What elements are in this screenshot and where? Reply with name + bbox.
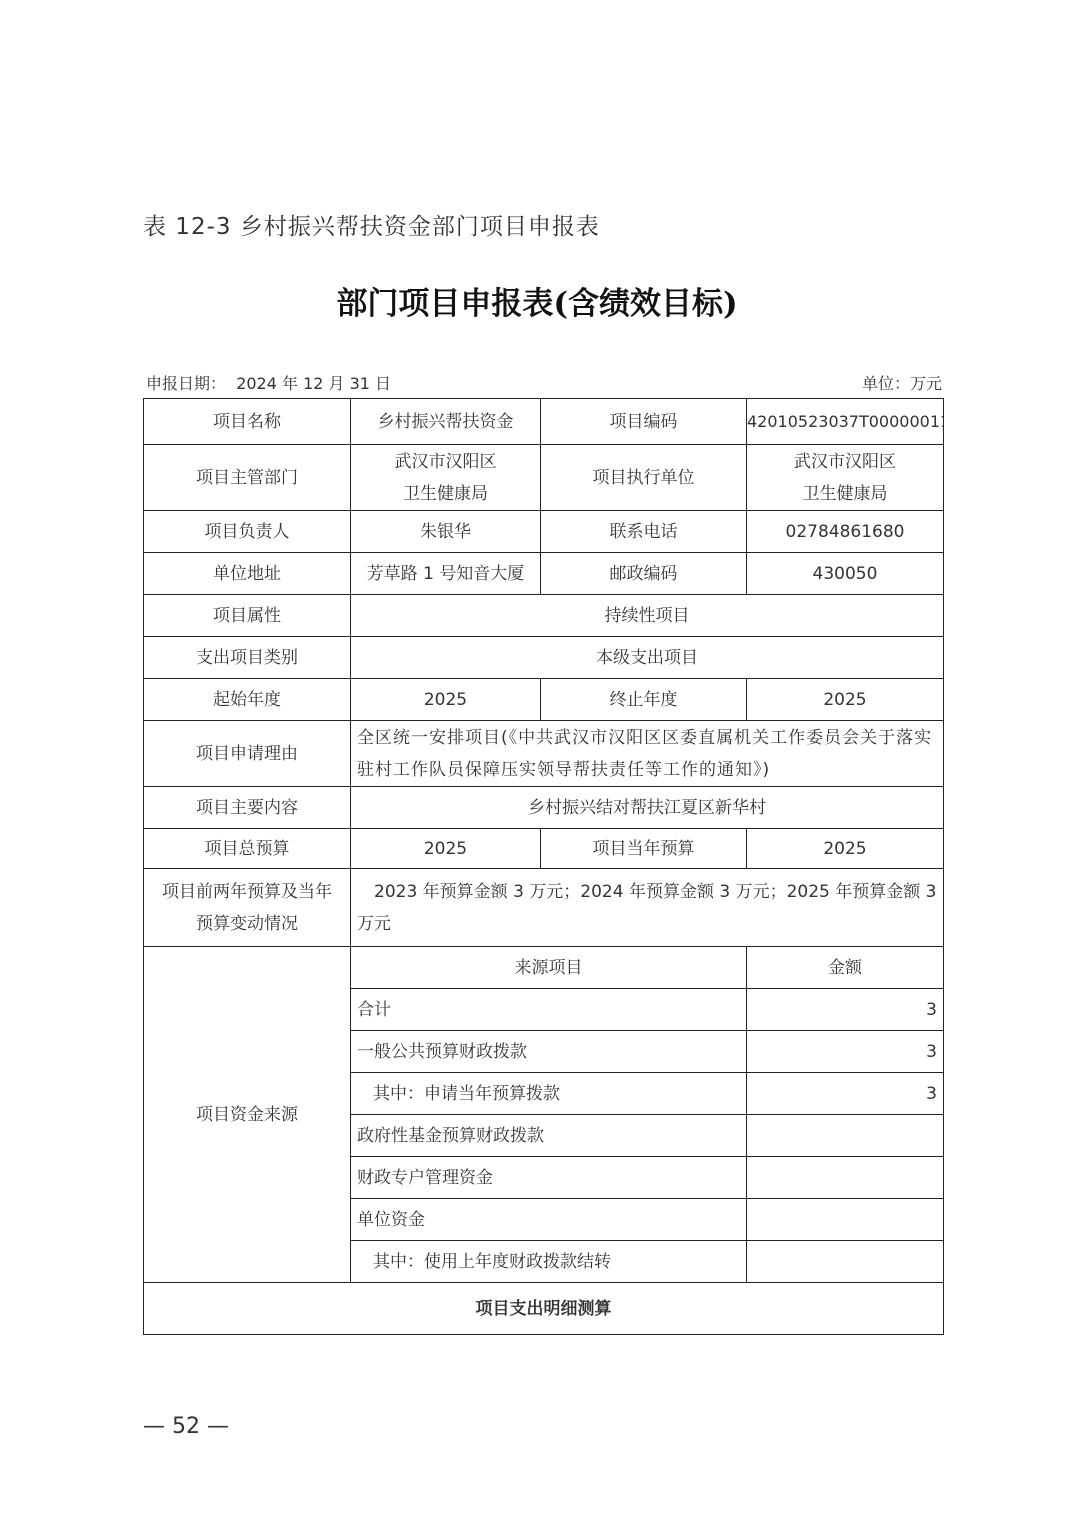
attr-label: 项目属性 (144, 595, 351, 637)
end-label: 终止年度 (541, 679, 747, 721)
funding-item-amount: 3 (747, 1073, 944, 1115)
table-row: 起始年度 2025 终止年度 2025 (144, 679, 944, 721)
table-row: 项目主管部门 武汉市汉阳区卫生健康局 项目执行单位 武汉市汉阳区卫生健康局 (144, 445, 944, 511)
funding-item-name: 其中：申请当年预算拨款 (351, 1073, 747, 1115)
funding-item-amount: 3 (747, 1031, 944, 1073)
funding-item-name: 合计 (351, 989, 747, 1031)
category-value: 本级支出项目 (351, 637, 944, 679)
code-label: 项目编码 (541, 399, 747, 445)
postcode-value: 430050 (747, 553, 944, 595)
funding-item-amount (747, 1115, 944, 1157)
funding-item-amount (747, 1199, 944, 1241)
content-label: 项目主要内容 (144, 787, 351, 829)
table-row: 项目属性 持续性项目 (144, 595, 944, 637)
history-label-line1: 项目前两年预算及当年 (144, 876, 350, 908)
table-row: 支出项目类别 本级支出项目 (144, 637, 944, 679)
address-value: 芳草路 1 号知音大厦 (351, 553, 541, 595)
content-value: 乡村振兴结对帮扶江夏区新华村 (351, 787, 944, 829)
report-date: 申报日期： 2024 年 12 月 31 日 (146, 371, 391, 394)
dept-line2: 卫生健康局 (357, 478, 534, 510)
funding-item-name: 单位资金 (351, 1199, 747, 1241)
table-row: 项目名称 乡村振兴帮扶资金 项目编码 42010523037T000000113 (144, 399, 944, 445)
funding-item-name: 政府性基金预算财政拨款 (351, 1115, 747, 1157)
funding-item-name: 其中：使用上年度财政拨款结转 (351, 1241, 747, 1283)
phone-label: 联系电话 (541, 511, 747, 553)
project-form-table: 项目名称 乡村振兴帮扶资金 项目编码 42010523037T000000113… (143, 398, 944, 1335)
detail-header: 项目支出明细测算 (144, 1283, 944, 1335)
report-date-value: 2024 年 12 月 31 日 (236, 374, 391, 393)
name-label: 项目名称 (144, 399, 351, 445)
code-value: 42010523037T000000113 (747, 399, 944, 445)
history-label: 项目前两年预算及当年预算变动情况 (144, 869, 351, 947)
unit-label: 单位：万元 (862, 371, 942, 394)
exec-line1: 武汉市汉阳区 (753, 446, 937, 478)
leader-label: 项目负责人 (144, 511, 351, 553)
table-row: 项目申请理由 全区统一安排项目(《中共武汉市汉阳区区委直属机关工作委员会关于落实… (144, 721, 944, 787)
leader-value: 朱银华 (351, 511, 541, 553)
year-budget-label: 项目当年预算 (541, 829, 747, 869)
total-budget-label: 项目总预算 (144, 829, 351, 869)
funding-item-amount (747, 1241, 944, 1283)
page-number: — 52 — (143, 1414, 229, 1439)
category-label: 支出项目类别 (144, 637, 351, 679)
reason-value: 全区统一安排项目(《中共武汉市汉阳区区委直属机关工作委员会关于落实驻村工作队员保… (351, 721, 944, 787)
postcode-label: 邮政编码 (541, 553, 747, 595)
funding-item-name: 财政专户管理资金 (351, 1157, 747, 1199)
exec-line2: 卫生健康局 (753, 478, 937, 510)
history-value: 2023 年预算金额 3 万元；2024 年预算金额 3 万元；2025 年预算… (351, 869, 944, 947)
exec-value: 武汉市汉阳区卫生健康局 (747, 445, 944, 511)
funding-col-amount: 金额 (747, 947, 944, 989)
report-date-label: 申报日期： (146, 374, 226, 393)
table-row: 项目主要内容 乡村振兴结对帮扶江夏区新华村 (144, 787, 944, 829)
dept-value: 武汉市汉阳区卫生健康局 (351, 445, 541, 511)
table-row: 项目负责人 朱银华 联系电话 02784861680 (144, 511, 944, 553)
funding-col-source: 来源项目 (351, 947, 747, 989)
funding-item-amount: 3 (747, 989, 944, 1031)
funding-item-name: 一般公共预算财政拨款 (351, 1031, 747, 1073)
address-label: 单位地址 (144, 553, 351, 595)
page-title: 部门项目申报表(含绩效目标) (0, 278, 1074, 323)
exec-label: 项目执行单位 (541, 445, 747, 511)
funding-header-row: 项目资金来源 来源项目 金额 (144, 947, 944, 989)
phone-value: 02784861680 (747, 511, 944, 553)
total-budget-value: 2025 (351, 829, 541, 869)
name-value: 乡村振兴帮扶资金 (351, 399, 541, 445)
dept-line1: 武汉市汉阳区 (357, 446, 534, 478)
dept-label: 项目主管部门 (144, 445, 351, 511)
table-row: 项目前两年预算及当年预算变动情况 2023 年预算金额 3 万元；2024 年预… (144, 869, 944, 947)
start-value: 2025 (351, 679, 541, 721)
end-value: 2025 (747, 679, 944, 721)
year-budget-value: 2025 (747, 829, 944, 869)
history-label-line2: 预算变动情况 (144, 908, 350, 940)
attr-value: 持续性项目 (351, 595, 944, 637)
funding-label: 项目资金来源 (144, 947, 351, 1283)
reason-label: 项目申请理由 (144, 721, 351, 787)
table-caption: 表 12-3 乡村振兴帮扶资金部门项目申报表 (143, 208, 600, 241)
start-label: 起始年度 (144, 679, 351, 721)
detail-header-row: 项目支出明细测算 (144, 1283, 944, 1335)
table-row: 单位地址 芳草路 1 号知音大厦 邮政编码 430050 (144, 553, 944, 595)
funding-item-amount (747, 1157, 944, 1199)
table-row: 项目总预算 2025 项目当年预算 2025 (144, 829, 944, 869)
